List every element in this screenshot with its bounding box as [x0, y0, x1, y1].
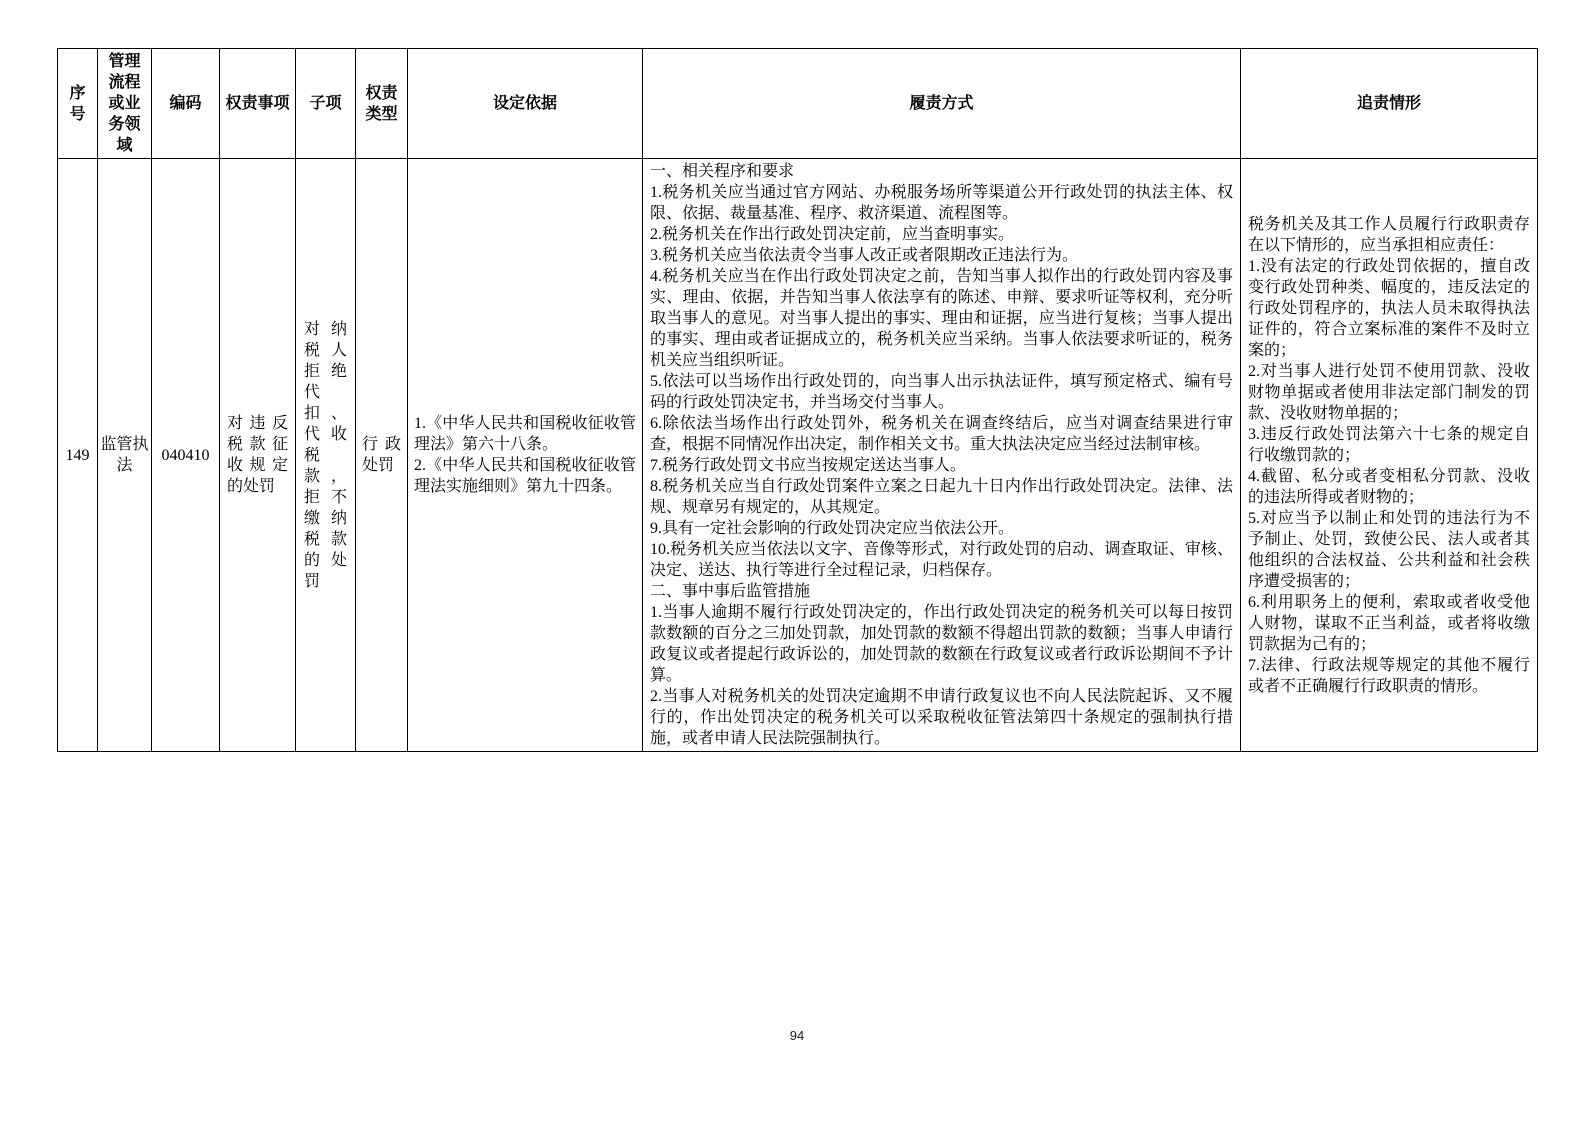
cell-code: 040410	[152, 159, 220, 752]
cell-duty-method: 一、相关程序和要求 1.税务机关应当通过官方网站、办税服务场所等渠道公开行政处罚…	[643, 159, 1241, 752]
page-number: 94	[57, 1028, 1537, 1043]
cell-legal-basis: 1.《中华人民共和国税收征收管理法》第六十八条。 2.《中华人民共和国税收征收管…	[408, 159, 643, 752]
cell-duty-item: 对违反税款征收规定的处罚	[220, 159, 296, 752]
header-row: 序号 管理流程或业务领域 编码 权责事项 子项 权责类型 设定依据 履责方式 追…	[58, 49, 1538, 159]
header-legal-basis: 设定依据	[408, 49, 643, 159]
header-sub-item: 子项	[296, 49, 356, 159]
document-page: 序号 管理流程或业务领域 编码 权责事项 子项 权责类型 设定依据 履责方式 追…	[0, 0, 1587, 1122]
header-duty-type: 权责类型	[356, 49, 408, 159]
cell-accountability: 税务机关及其工作人员履行行政职责存在以下情形的，应当承担相应责任： 1.没有法定…	[1241, 159, 1538, 752]
cell-sub-item: 对纳税人拒绝代扣、代收税款，拒不缴纳税款的处罚	[296, 159, 356, 752]
header-duty-item: 权责事项	[220, 49, 296, 159]
cell-business-area: 监管执法	[98, 159, 152, 752]
header-code: 编码	[152, 49, 220, 159]
header-business-area: 管理流程或业务领域	[98, 49, 152, 159]
cell-duty-type: 行政处罚	[356, 159, 408, 752]
header-duty-method: 履责方式	[643, 49, 1241, 159]
header-serial: 序号	[58, 49, 98, 159]
header-accountability: 追责情形	[1241, 49, 1538, 159]
cell-serial: 149	[58, 159, 98, 752]
duty-responsibility-table: 序号 管理流程或业务领域 编码 权责事项 子项 权责类型 设定依据 履责方式 追…	[57, 48, 1538, 752]
table-row: 149 监管执法 040410 对违反税款征收规定的处罚 对纳税人拒绝代扣、代收…	[58, 159, 1538, 752]
